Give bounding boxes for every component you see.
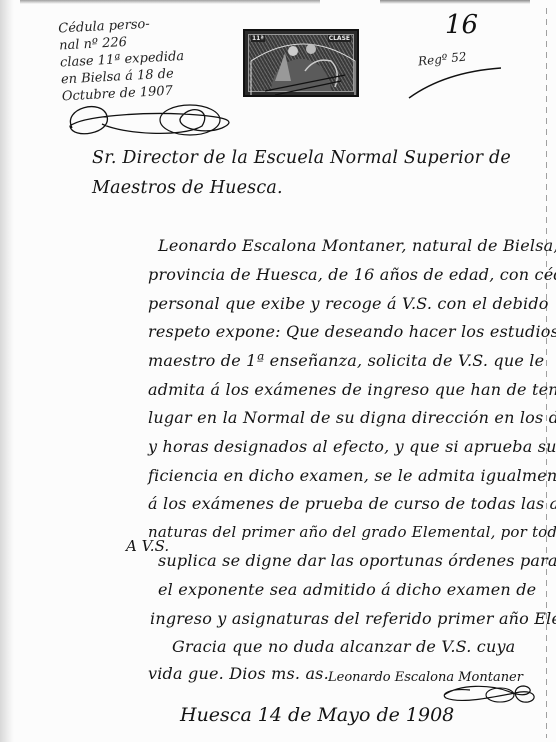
- place-and-date: Huesca 14 de Mayo de 1908: [180, 704, 454, 726]
- body-line: respeto expone: Que deseando hacer los e…: [148, 322, 556, 341]
- body-line: y horas designados al efecto, y que si a…: [148, 437, 556, 456]
- body-line: ficiencia en dicho examen, se le admita …: [148, 466, 556, 485]
- document-page: Cédula perso- nal nº 226 clase 11ª exped…: [0, 0, 556, 742]
- page-top-edge-right: [380, 0, 530, 4]
- page-right-margin-rule: [546, 8, 547, 738]
- fiscal-stamp: 11ª CLASE: [243, 29, 359, 97]
- signature-rubric-icon: [440, 684, 540, 706]
- body-line: admita á los exámenes de ingreso que han…: [148, 380, 556, 399]
- body-line: Gracia que no duda alcanzar de V.S. cuya: [172, 637, 515, 656]
- margin-av-s-note: A V.S.: [126, 537, 169, 555]
- body-line: maestro de 1ª enseñanza, solicita de V.S…: [148, 351, 544, 370]
- body-line: Leonardo Escalona Montaner, natural de B…: [158, 236, 556, 255]
- body-line: lugar en la Normal de su digna dirección…: [148, 408, 556, 427]
- stamp-figures-icon: [245, 31, 359, 97]
- document-number: 16: [445, 10, 478, 40]
- body-line: personal que exibe y recoge á V.S. con e…: [148, 294, 549, 313]
- cedula-margin-note: Cédula perso- nal nº 226 clase 11ª exped…: [58, 12, 232, 106]
- rubric-flourish-icon: [62, 98, 242, 140]
- body-line: á los exámenes de prueba de curso de tod…: [148, 494, 556, 513]
- body-line: el exponente sea admitido á dicho examen…: [158, 580, 536, 599]
- signature: Leonardo Escalona Montaner: [328, 670, 523, 685]
- body-line: suplica se digne dar las oportunas órden…: [158, 551, 556, 570]
- addressee-line-2: Maestros de Huesca.: [92, 178, 283, 198]
- page-top-edge: [20, 0, 320, 4]
- body-line: naturas del primer año del grado Element…: [148, 523, 556, 541]
- body-line: ingreso y asignaturas del referido prime…: [150, 609, 556, 628]
- addressee-line-1: Sr. Director de la Escuela Normal Superi…: [92, 148, 511, 168]
- body-line: provincia de Huesca, de 16 años de edad,…: [148, 265, 556, 284]
- closing-formula: vida gue. Dios ms. as.: [148, 664, 329, 683]
- page-left-shadow: [0, 0, 14, 742]
- registry-underline-icon: [405, 62, 505, 102]
